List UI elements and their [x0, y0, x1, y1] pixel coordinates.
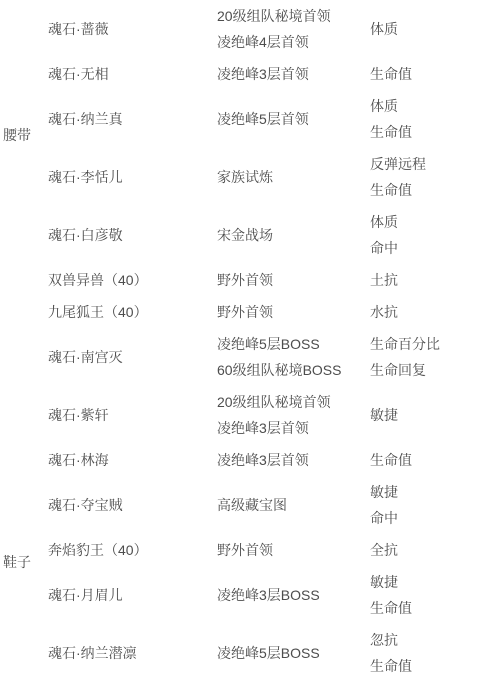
- attribute-line: 水抗: [370, 299, 477, 325]
- table-row: 九尾狐王（40）野外首领水抗: [0, 296, 477, 328]
- source-line: 20级组队秘境首领: [217, 3, 370, 29]
- table-row: 魂石·南宫灭凌绝峰5层BOSS60级组队秘境BOSS生命百分比生命回复: [0, 328, 477, 386]
- source-cell: 高级藏宝图: [217, 476, 370, 534]
- source-cell: 野外首领: [217, 534, 370, 566]
- attribute-cell: 土抗: [370, 264, 477, 296]
- table-row: 鞋子奔焰豹王（40）野外首领全抗: [0, 534, 477, 566]
- source-line: 20级组队秘境首领: [217, 389, 370, 415]
- source-line: 凌绝峰5层BOSS: [217, 640, 370, 666]
- attribute-line: 命中: [370, 505, 477, 531]
- attribute-line: 体质: [370, 209, 477, 235]
- item-name-cell: 魂石·夺宝贼: [35, 476, 217, 534]
- drop-table: 腰带魂石·蔷薇20级组队秘境首领凌绝峰4层首领体质魂石·无相凌绝峰3层首领生命值…: [0, 0, 477, 674]
- item-name-cell: 魂石·无相: [35, 58, 217, 90]
- item-name-cell: 魂石·紫轩: [35, 386, 217, 444]
- attribute-line: 生命值: [370, 595, 477, 621]
- attribute-line: 命中: [370, 235, 477, 261]
- attribute-line: 体质: [370, 93, 477, 119]
- item-name-cell: 魂石·林海: [35, 444, 217, 476]
- source-line: 凌绝峰3层首领: [217, 415, 370, 441]
- category-cell: 腰带: [0, 0, 35, 534]
- item-name-cell: 双兽异兽（40）: [35, 264, 217, 296]
- attribute-cell: 体质生命值: [370, 90, 477, 148]
- attribute-line: 生命值: [370, 447, 477, 473]
- attribute-line: 生命值: [370, 61, 477, 87]
- attribute-line: 全抗: [370, 537, 477, 563]
- attribute-line: 土抗: [370, 267, 477, 293]
- source-line: 家族试炼: [217, 164, 370, 190]
- drop-table-body: 腰带魂石·蔷薇20级组队秘境首领凌绝峰4层首领体质魂石·无相凌绝峰3层首领生命值…: [0, 0, 477, 674]
- category-cell: 鞋子: [0, 534, 35, 674]
- source-line: 野外首领: [217, 299, 370, 325]
- source-line: 凌绝峰4层首领: [217, 29, 370, 55]
- source-cell: 凌绝峰3层首领: [217, 444, 370, 476]
- attribute-cell: 体质: [370, 0, 477, 58]
- source-cell: 野外首领: [217, 296, 370, 328]
- source-line: 野外首领: [217, 267, 370, 293]
- item-name-cell: 魂石·白彦敬: [35, 206, 217, 264]
- attribute-cell: 生命值: [370, 444, 477, 476]
- table-row: 魂石·无相凌绝峰3层首领生命值: [0, 58, 477, 90]
- source-cell: 凌绝峰3层BOSS: [217, 566, 370, 624]
- attribute-line: 体质: [370, 16, 477, 42]
- attribute-line: 生命值: [370, 177, 477, 203]
- attribute-cell: 生命值: [370, 58, 477, 90]
- source-line: 野外首领: [217, 537, 370, 563]
- item-name-cell: 九尾狐王（40）: [35, 296, 217, 328]
- attribute-cell: 忽抗生命值: [370, 624, 477, 674]
- item-name-cell: 魂石·月眉儿: [35, 566, 217, 624]
- table-row: 腰带魂石·蔷薇20级组队秘境首领凌绝峰4层首领体质: [0, 0, 477, 58]
- attribute-cell: 水抗: [370, 296, 477, 328]
- source-cell: 家族试炼: [217, 148, 370, 206]
- attribute-line: 敏捷: [370, 402, 477, 428]
- attribute-cell: 体质命中: [370, 206, 477, 264]
- item-name-cell: 魂石·纳兰潜凛: [35, 624, 217, 674]
- source-cell: 凌绝峰5层BOSS60级组队秘境BOSS: [217, 328, 370, 386]
- attribute-line: 敏捷: [370, 479, 477, 505]
- source-cell: 20级组队秘境首领凌绝峰4层首领: [217, 0, 370, 58]
- attribute-line: 生命百分比: [370, 331, 477, 357]
- attribute-cell: 敏捷生命值: [370, 566, 477, 624]
- source-cell: 宋金战场: [217, 206, 370, 264]
- source-cell: 凌绝峰5层BOSS: [217, 624, 370, 674]
- source-line: 宋金战场: [217, 222, 370, 248]
- table-row: 魂石·李恬儿家族试炼反弹远程生命值: [0, 148, 477, 206]
- attribute-cell: 敏捷: [370, 386, 477, 444]
- source-cell: 野外首领: [217, 264, 370, 296]
- source-line: 凌绝峰5层首领: [217, 106, 370, 132]
- table-row: 魂石·白彦敬宋金战场体质命中: [0, 206, 477, 264]
- source-cell: 凌绝峰5层首领: [217, 90, 370, 148]
- attribute-line: 生命回复: [370, 357, 477, 383]
- item-name-cell: 魂石·李恬儿: [35, 148, 217, 206]
- attribute-line: 生命值: [370, 653, 477, 674]
- item-name-cell: 奔焰豹王（40）: [35, 534, 217, 566]
- source-line: 60级组队秘境BOSS: [217, 357, 370, 383]
- source-line: 凌绝峰3层首领: [217, 61, 370, 87]
- attribute-line: 反弹远程: [370, 151, 477, 177]
- source-line: 凌绝峰3层BOSS: [217, 582, 370, 608]
- source-cell: 20级组队秘境首领凌绝峰3层首领: [217, 386, 370, 444]
- attribute-cell: 反弹远程生命值: [370, 148, 477, 206]
- item-name-cell: 魂石·南宫灭: [35, 328, 217, 386]
- table-row: 魂石·林海凌绝峰3层首领生命值: [0, 444, 477, 476]
- table-row: 魂石·纳兰真凌绝峰5层首领体质生命值: [0, 90, 477, 148]
- attribute-line: 生命值: [370, 119, 477, 145]
- source-line: 凌绝峰5层BOSS: [217, 331, 370, 357]
- table-row: 魂石·月眉儿凌绝峰3层BOSS敏捷生命值: [0, 566, 477, 624]
- attribute-line: 忽抗: [370, 627, 477, 653]
- table-row: 魂石·纳兰潜凛凌绝峰5层BOSS忽抗生命值: [0, 624, 477, 674]
- source-cell: 凌绝峰3层首领: [217, 58, 370, 90]
- table-row: 魂石·紫轩20级组队秘境首领凌绝峰3层首领敏捷: [0, 386, 477, 444]
- source-line: 凌绝峰3层首领: [217, 447, 370, 473]
- item-name-cell: 魂石·蔷薇: [35, 0, 217, 58]
- attribute-cell: 生命百分比生命回复: [370, 328, 477, 386]
- attribute-cell: 全抗: [370, 534, 477, 566]
- table-row: 双兽异兽（40）野外首领土抗: [0, 264, 477, 296]
- source-line: 高级藏宝图: [217, 492, 370, 518]
- table-row: 魂石·夺宝贼高级藏宝图敏捷命中: [0, 476, 477, 534]
- attribute-cell: 敏捷命中: [370, 476, 477, 534]
- item-name-cell: 魂石·纳兰真: [35, 90, 217, 148]
- attribute-line: 敏捷: [370, 569, 477, 595]
